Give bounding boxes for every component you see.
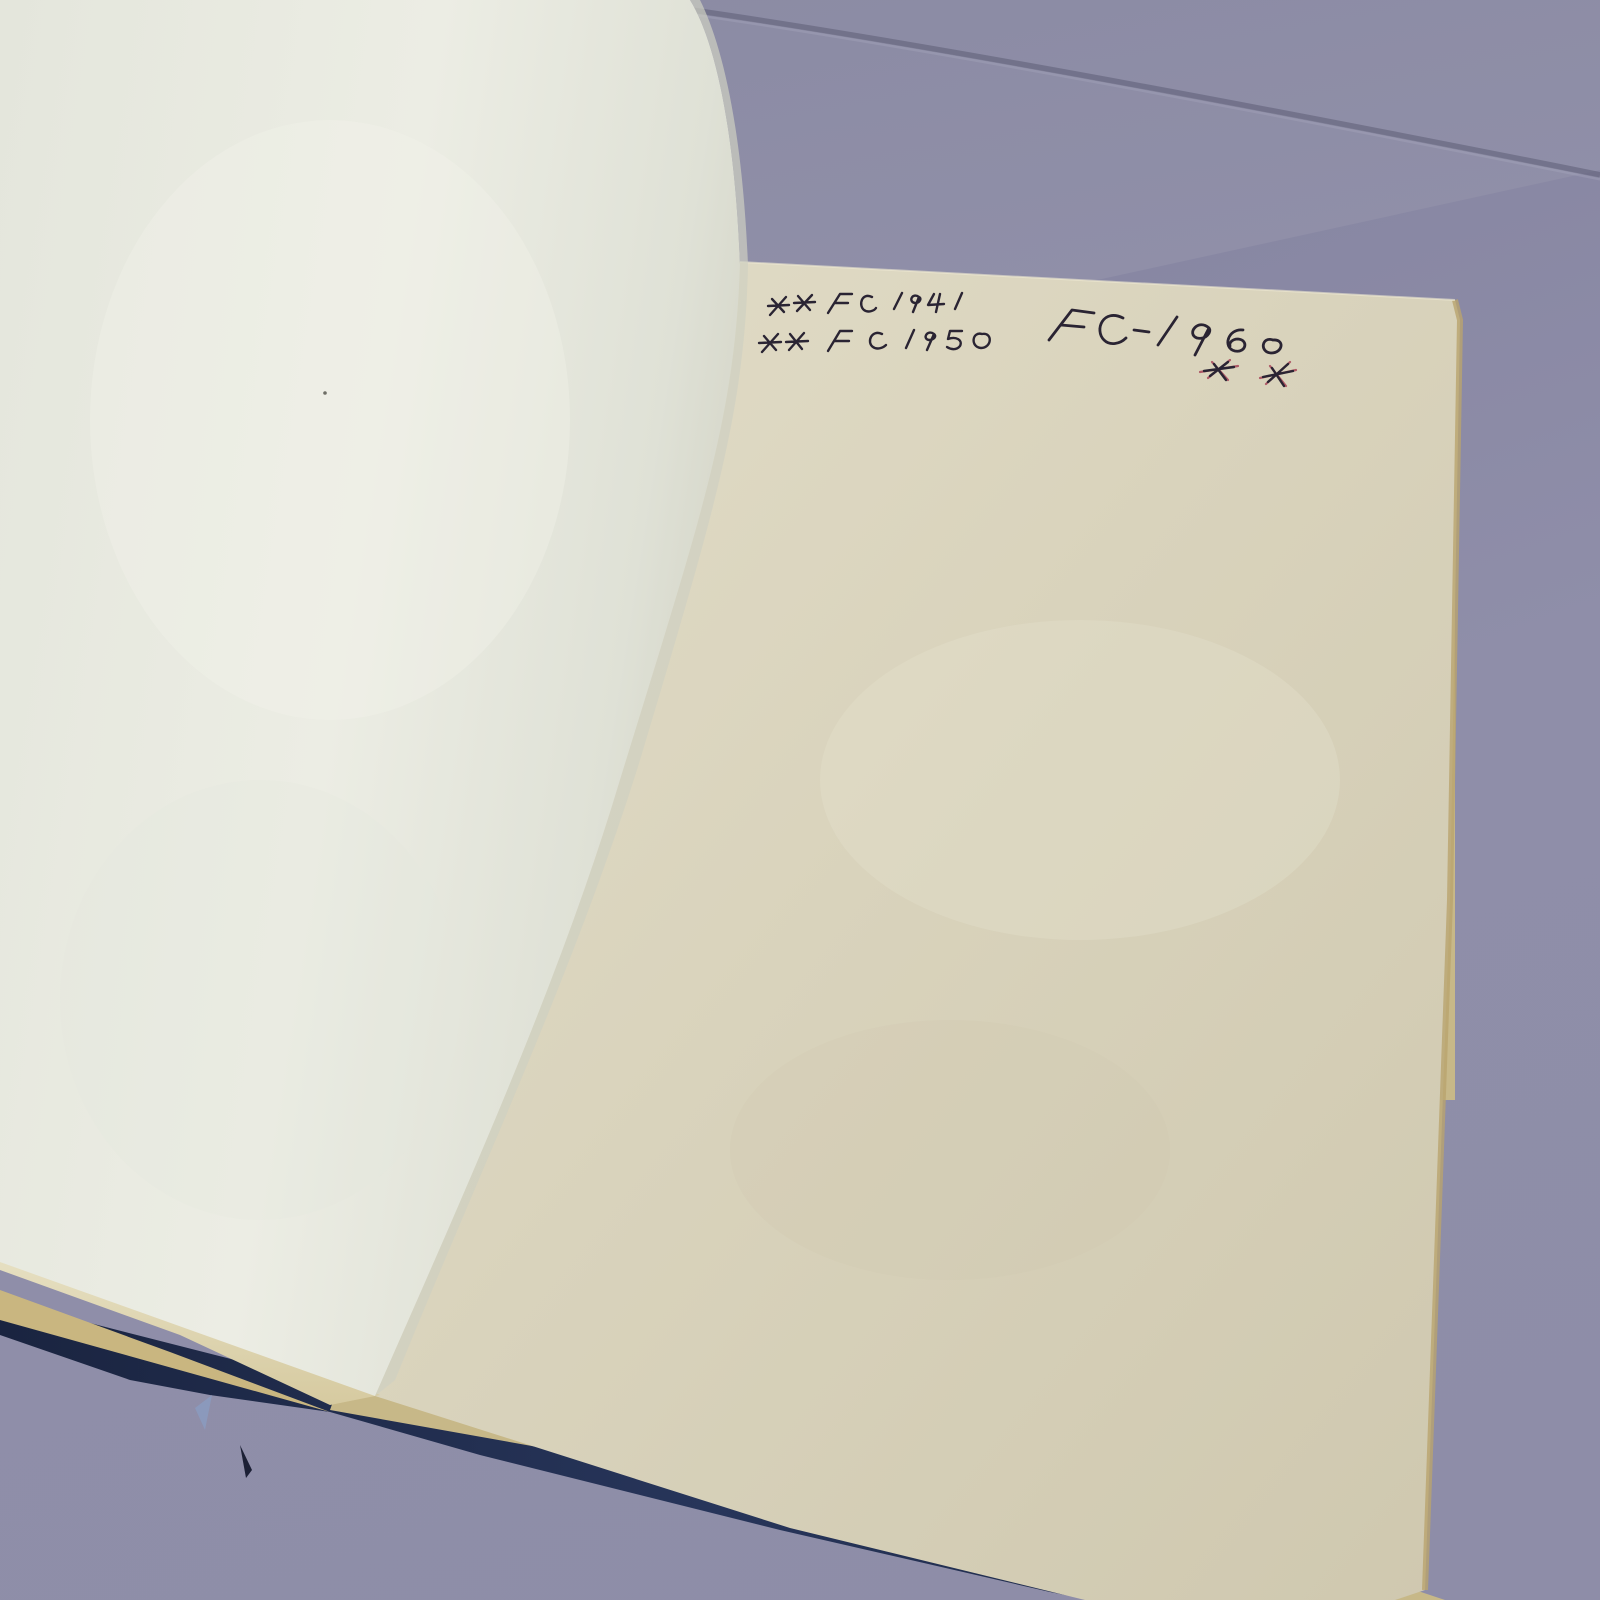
left-leaf-curled xyxy=(0,0,1600,1600)
book-photo: **FC 1941 **FC 1950 FC-1960 ** xyxy=(0,0,1600,1600)
